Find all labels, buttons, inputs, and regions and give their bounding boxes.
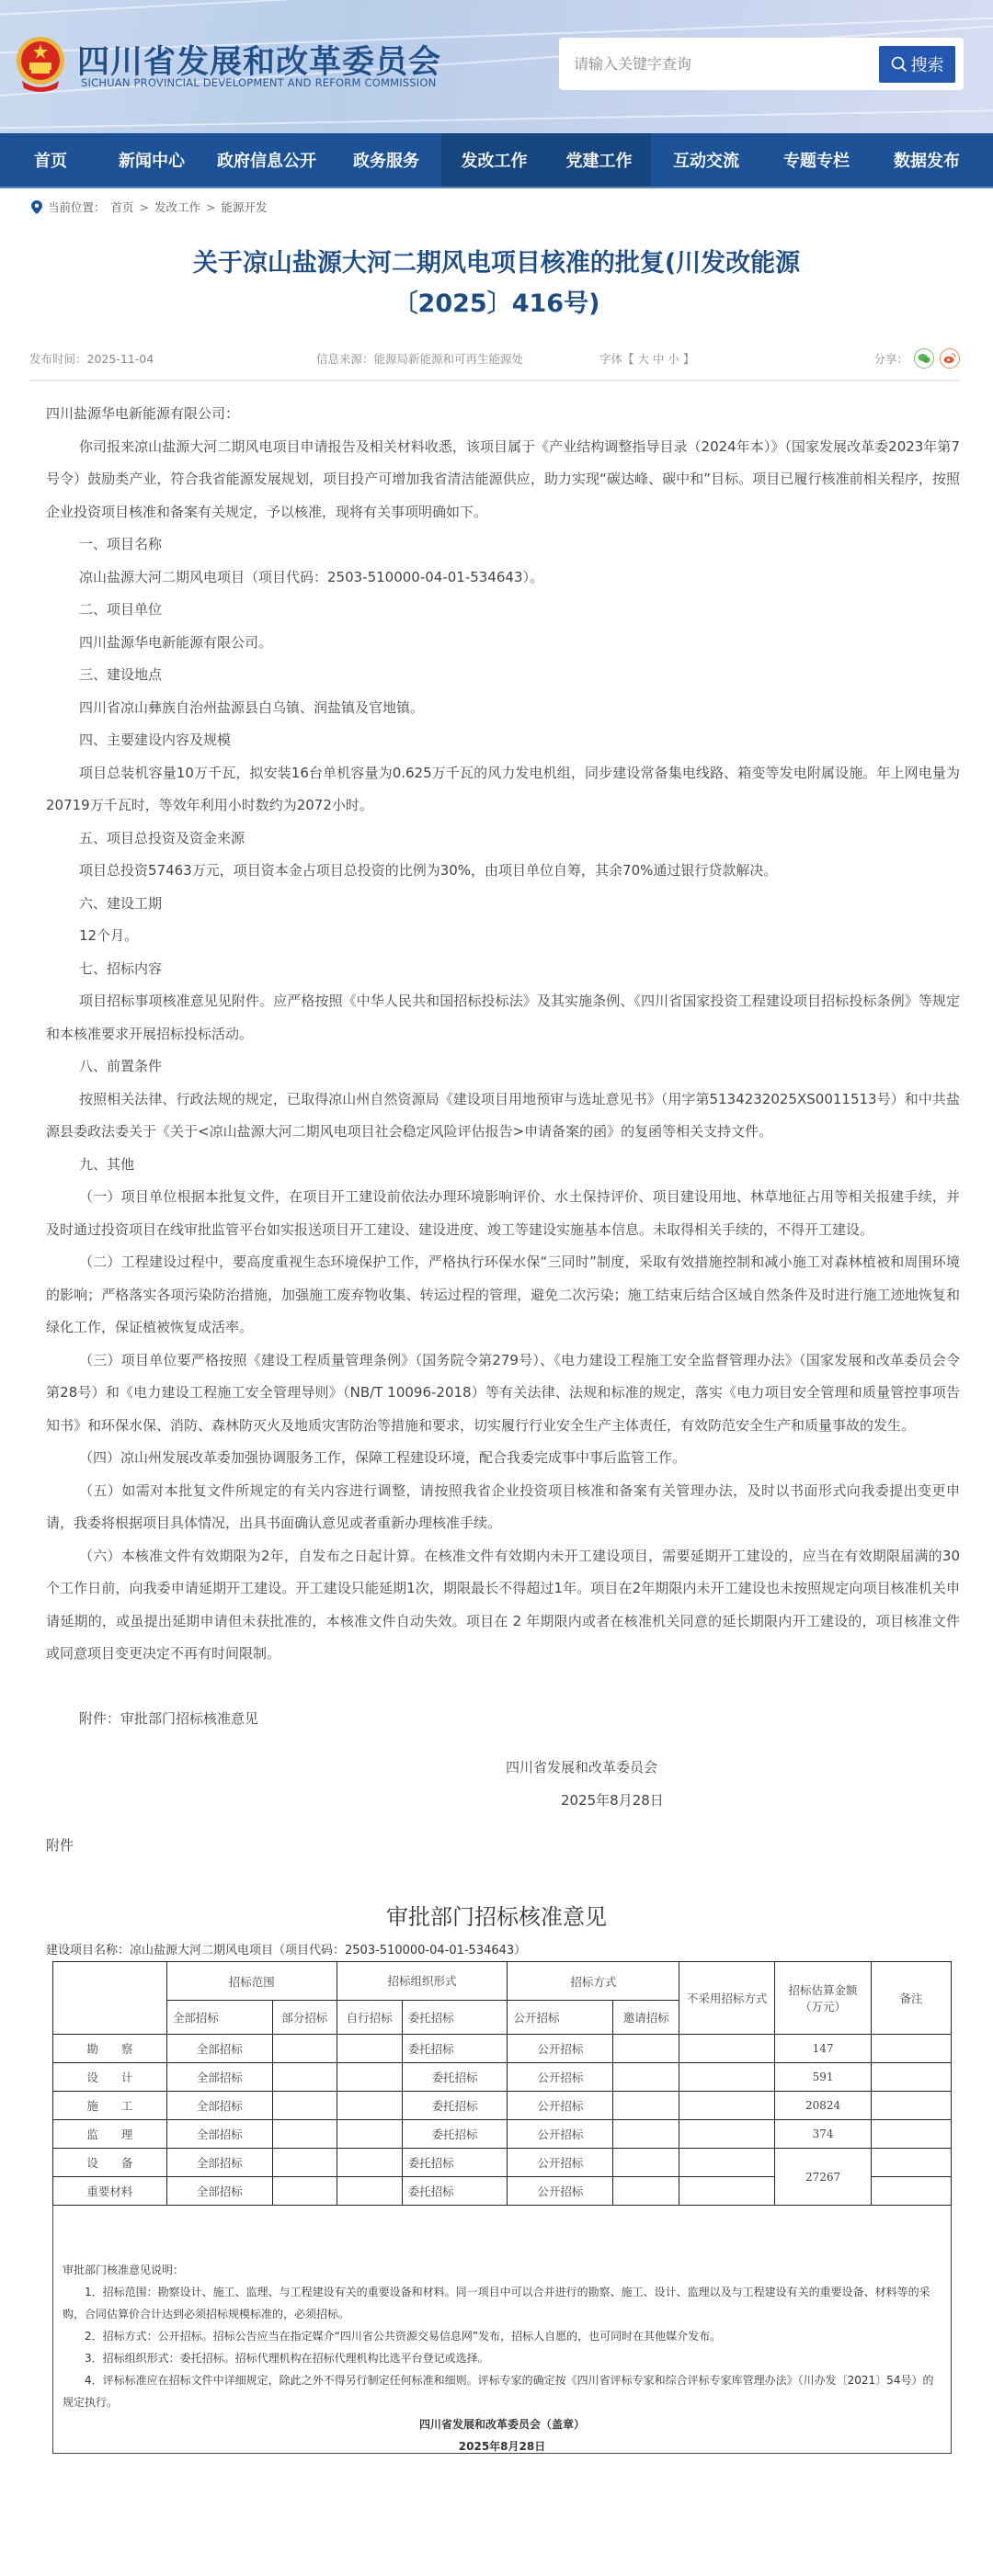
cell-no-bid <box>679 2149 775 2177</box>
article-paragraph: （二）工程建设过程中，要高度重视生态环境保护工作，严格执行环保水保“三同时”制度… <box>46 1246 960 1345</box>
cell-item: 监 理 <box>53 2120 167 2149</box>
cell-full: 全部招标 <box>166 2035 272 2063</box>
table-header-row: 招标范围 招标组织形式 招标方式 不采用招标方式 招标估算金额（万元） 备注 <box>53 1962 952 2001</box>
cell-no-bid <box>679 2177 775 2206</box>
cell-estimate: 591 <box>775 2063 872 2092</box>
header-org-form: 招标组织形式 <box>337 1962 508 2001</box>
header-estimate: 招标估算金额（万元） <box>775 1962 872 2035</box>
table-row: 勘 察全部招标委托招标公开招标147 <box>53 2035 952 2063</box>
cell-invite <box>613 2063 679 2092</box>
cell-self <box>337 2149 402 2177</box>
subheader-self: 自行招标 <box>337 2001 402 2035</box>
attachment-note[interactable]: 附件：审批部门招标核准意见 <box>46 1703 960 1736</box>
article-paragraph: 九、其他 <box>46 1149 960 1182</box>
cell-remark <box>872 2092 952 2120</box>
article-paragraph: （五）如需对本批复文件所规定的有关内容进行调整，请按照我省企业投资项目核准和备案… <box>46 1475 960 1540</box>
breadcrumb-prefix: 当前位置： <box>48 199 106 215</box>
cell-entrust: 委托招标 <box>402 2149 508 2177</box>
article-paragraph: 项目总投资57463万元，项目资本金占项目总投资的比例为30%，由项目单位自筹，… <box>46 855 960 888</box>
article-paragraph: （六）本核准文件有效期限为2年，自发布之日起计算。在核准文件有效期内未开工建设项… <box>46 1540 960 1671</box>
attachment-title: 审批部门招标核准意见 <box>0 1899 993 1931</box>
cell-remark <box>872 2063 952 2092</box>
table-row: 监 理全部招标委托招标公开招标374 <box>53 2120 952 2149</box>
cell-full: 全部招标 <box>166 2149 272 2177</box>
article-paragraph: 项目总装机容量10万千瓦，拟安装16台单机容量为0.625万千瓦的风力发电机组，… <box>46 757 960 823</box>
font-size-switcher[interactable]: 字体【 大 中 小 】 <box>599 350 694 367</box>
table-row: 设 备全部招标委托招标公开招标27267 <box>53 2149 952 2177</box>
article-paragraph: 你司报来凉山盐源大河二期风电项目申请报告及相关材料收悉，该项目属于《产业结构调整… <box>46 431 960 529</box>
article-paragraph: 五、项目总投资及资金来源 <box>46 823 960 856</box>
nav-item-services[interactable]: 政务服务 <box>331 133 441 187</box>
cell-open: 公开招标 <box>508 2063 613 2092</box>
nav-item-gov-info[interactable]: 政府信息公开 <box>202 133 331 187</box>
cell-invite <box>613 2035 679 2063</box>
article-paragraph: 七、招标内容 <box>46 953 960 986</box>
article-closing: 附件：审批部门招标核准意见 四川省发展和改革委员会 2025年8月28日 <box>0 1671 993 1818</box>
nav-item-news[interactable]: 新闻中心 <box>101 133 202 187</box>
org-name-en: SICHUAN PROVINCIAL DEVELOPMENT AND REFOR… <box>81 76 436 89</box>
cell-partial <box>272 2092 337 2120</box>
cell-open: 公开招标 <box>508 2035 613 2063</box>
cell-open: 公开招标 <box>508 2177 613 2206</box>
info-source: 信息来源：能源局新能源和可再生能源处 <box>316 350 523 367</box>
header-decoration <box>0 0 993 20</box>
article-paragraph: 二、项目单位 <box>46 594 960 627</box>
cell-invite <box>613 2149 679 2177</box>
cell-estimate: 147 <box>775 2035 872 2063</box>
share-label: 分享： <box>873 350 908 367</box>
article-paragraph: 四川盐源华电新能源有限公司。 <box>46 627 960 660</box>
subheader-open: 公开招标 <box>508 2001 613 2035</box>
breadcrumb-separator: > <box>206 200 215 214</box>
cell-item: 设 计 <box>53 2063 167 2092</box>
cell-remark <box>872 2035 952 2063</box>
cell-no-bid <box>679 2120 775 2149</box>
approval-table: 招标范围 招标组织形式 招标方式 不采用招标方式 招标估算金额（万元） 备注 全… <box>52 1961 952 2206</box>
cell-remark <box>872 2120 952 2149</box>
cell-self <box>337 2035 402 2063</box>
breadcrumb-separator: > <box>140 200 149 214</box>
cell-full: 全部招标 <box>166 2092 272 2120</box>
nav-item-data[interactable]: 数据发布 <box>872 133 982 187</box>
breadcrumb-drc-work[interactable]: 发改工作 <box>154 199 200 215</box>
cell-partial <box>272 2149 337 2177</box>
subheader-partial: 部分招标 <box>272 2001 337 2035</box>
cell-entrust: 委托招标 <box>402 2120 508 2149</box>
breadcrumb-energy[interactable]: 能源开发 <box>222 199 268 215</box>
publish-time: 发布时间：2025-11-04 <box>29 350 154 367</box>
cell-self <box>337 2092 402 2120</box>
cell-self <box>337 2177 402 2206</box>
cell-item: 设 备 <box>53 2149 167 2177</box>
breadcrumb-home[interactable]: 首页 <box>111 199 134 215</box>
search-icon <box>891 56 907 73</box>
cell-remark <box>872 2149 952 2177</box>
main-nav: 首页 新闻中心 政府信息公开 政务服务 发改工作 党建工作 互动交流 专题专栏 … <box>0 133 993 188</box>
article-paragraph: 八、前置条件 <box>46 1050 960 1084</box>
header-remark: 备注 <box>872 1962 952 2035</box>
cell-no-bid <box>679 2092 775 2120</box>
search-button-label: 搜索 <box>911 52 944 76</box>
article-title-line1: 关于凉山盐源大河二期风电项目核准的批复(川发改能源 <box>55 244 938 284</box>
attachment-project-line: 建设项目名称：凉山盐源大河二期风电项目（项目代码：2503-510000-04-… <box>0 1940 993 1958</box>
cell-invite <box>613 2177 679 2206</box>
national-emblem-icon[interactable] <box>15 35 66 94</box>
nav-item-home[interactable]: 首页 <box>0 133 101 187</box>
article-paragraph: 凉山盐源大河二期风电项目（项目代码：2503-510000-04-01-5346… <box>46 562 960 595</box>
article-paragraph: 一、项目名称 <box>46 528 960 562</box>
article-paragraph: 三、建设地点 <box>46 659 960 692</box>
cell-partial <box>272 2035 337 2063</box>
article-meta: 发布时间：2025-11-04 信息来源：能源局新能源和可再生能源处 字体【 大… <box>29 348 960 381</box>
cell-self <box>337 2063 402 2092</box>
header-method: 招标方式 <box>508 1962 679 2001</box>
cell-invite <box>613 2092 679 2120</box>
nav-item-party[interactable]: 党建工作 <box>547 133 651 187</box>
article-body: 四川盐源华电新能源有限公司：你司报来凉山盐源大河二期风电项目申请报告及相关材料收… <box>0 381 993 1671</box>
cell-open: 公开招标 <box>508 2120 613 2149</box>
header-no-bid: 不采用招标方式 <box>679 1962 775 2035</box>
cell-no-bid <box>679 2035 775 2063</box>
cell-full: 全部招标 <box>166 2177 272 2206</box>
article-paragraph: （四）凉山州发展改革委加强协调服务工作，保障工程建设环境，配合我委完成事中事后监… <box>46 1442 960 1475</box>
nav-item-interaction[interactable]: 互动交流 <box>651 133 761 187</box>
cell-entrust: 委托招标 <box>402 2063 508 2092</box>
subheader-full: 全部招标 <box>166 2001 272 2035</box>
cell-full: 全部招标 <box>166 2063 272 2092</box>
breadcrumb: 当前位置： 首页 > 发改工作 > 能源开发 <box>0 188 993 225</box>
cell-item: 勘 察 <box>53 2035 167 2063</box>
header-scope: 招标范围 <box>166 1962 337 2001</box>
location-pin-icon <box>31 200 42 214</box>
cell-remark <box>872 2177 952 2206</box>
notes-item: 2．招标方式：公开招标。招标公告应当在指定媒介“四川省公共资源交易信息网”发布，… <box>63 2325 942 2347</box>
search-button[interactable]: 搜索 <box>879 46 955 83</box>
subheader-invite: 邀请招标 <box>613 2001 679 2035</box>
nav-item-topics[interactable]: 专题专栏 <box>761 133 872 187</box>
notes-heading: 审批部门核准意见说明： <box>63 2259 942 2281</box>
article-paragraph: 四川盐源华电新能源有限公司： <box>46 398 960 431</box>
cell-item: 施 工 <box>53 2092 167 2120</box>
wechat-share-icon[interactable] <box>914 348 934 369</box>
table-row: 施 工全部招标委托招标公开招标20824 <box>53 2092 952 2120</box>
article-paragraph: 四川省凉山彝族自治州盐源县白乌镇、润盐镇及官地镇。 <box>46 692 960 725</box>
search-input[interactable] <box>574 38 868 90</box>
share-bar: 分享： <box>873 348 960 369</box>
attachment-label: 附件 <box>0 1817 993 1855</box>
cell-full: 全部招标 <box>166 2120 272 2149</box>
notes-item: 3．招标组织形式：委托招标。招标代理机构在招标代理机构比选平台登记或选择。 <box>63 2347 942 2369</box>
article-title-line2: 〔2025〕416号) <box>55 284 938 324</box>
cell-partial <box>272 2177 337 2206</box>
article-paragraph: （一）项目单位根据本批复文件，在项目开工建设前依法办理环境影响评价、水土保持评价… <box>46 1181 960 1246</box>
article-paragraph: 项目招标事项核准意见见附件。应严格按照《中华人民共和国招标投标法》及其实施条例、… <box>46 985 960 1050</box>
cell-open: 公开招标 <box>508 2149 613 2177</box>
nav-item-drc-work[interactable]: 发改工作 <box>441 133 547 187</box>
header-item <box>53 1962 167 2035</box>
cell-partial <box>272 2063 337 2092</box>
signature: 四川省发展和改革委员会 <box>46 1752 960 1785</box>
cell-partial <box>272 2120 337 2149</box>
notes-seal: 四川省发展和改革委员会（盖章） <box>63 2413 942 2435</box>
article-paragraph: （三）项目单位要严格按照《建设工程质量管理条例》（国务院令第279号）、《电力建… <box>46 1345 960 1443</box>
cell-item: 重要材料 <box>53 2177 167 2206</box>
site-header: 四川省发展和改革委员会 SICHUAN PROVINCIAL DEVELOPME… <box>0 0 993 133</box>
notes-item: 1．招标范围：勘察设计、施工、监理、与工程建设有关的重要设备和材料。同一项目中可… <box>63 2281 942 2325</box>
article-paragraph: 四、主要建设内容及规模 <box>46 724 960 757</box>
search-bar: 搜索 <box>559 38 964 90</box>
sign-date: 2025年8月28日 <box>46 1785 960 1818</box>
article-paragraph: 12个月。 <box>46 920 960 953</box>
notes-item: 4．评标标准应在招标文件中详细规定，除此之外不得另行制定任何标准和细则。评标专家… <box>63 2369 942 2413</box>
subheader-entrust: 委托招标 <box>402 2001 508 2035</box>
cell-invite <box>613 2120 679 2149</box>
cell-entrust: 委托招标 <box>402 2035 508 2063</box>
cell-entrust: 委托招标 <box>402 2177 508 2206</box>
article-paragraph: 六、建设工期 <box>46 888 960 921</box>
cell-estimate: 374 <box>775 2120 872 2149</box>
cell-open: 公开招标 <box>508 2092 613 2120</box>
article-paragraph: 按照相关法律、行政法规的规定，已取得凉山州自然资源局《建设项目用地预审与选址意见… <box>46 1084 960 1149</box>
cell-estimate-merged: 27267 <box>775 2149 872 2206</box>
cell-entrust: 委托招标 <box>402 2092 508 2120</box>
cell-self <box>337 2120 402 2149</box>
header-decoration <box>0 107 993 131</box>
article-title: 关于凉山盐源大河二期风电项目核准的批复(川发改能源 〔2025〕416号) <box>0 225 993 324</box>
weibo-share-icon[interactable] <box>940 348 960 369</box>
approval-notes: 审批部门核准意见说明： 1．招标范围：勘察设计、施工、监理、与工程建设有关的重要… <box>52 2206 952 2454</box>
table-row: 设 计全部招标委托招标公开招标591 <box>53 2063 952 2092</box>
cell-no-bid <box>679 2063 775 2092</box>
cell-estimate: 20824 <box>775 2092 872 2120</box>
